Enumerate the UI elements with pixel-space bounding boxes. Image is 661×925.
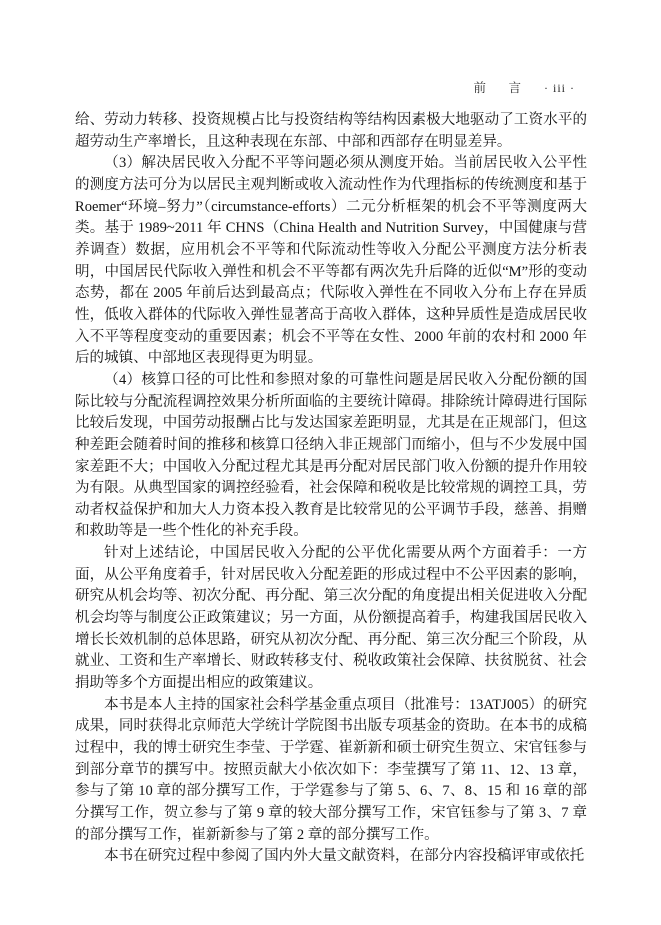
paragraph: （4）核算口径的可比性和参照对象的可靠性问题是居民收入分配份额的国际比较与分配流… [75, 370, 587, 543]
paragraph: 给、劳动力转移、投资规模占比与投资结构等结构因素极大地驱动了工资水平的超劳动生产… [75, 110, 587, 153]
running-header-title: 前 言 [473, 78, 526, 96]
paragraph: 本书是本人主持的国家社会科学基金重点项目（批准号：13ATJ005）的研究成果，… [75, 695, 587, 847]
paragraph: （3）解决居民收入分配不平等问题必须从测度开始。当前居民收入公平性的测度方法可分… [75, 153, 587, 370]
body-text: 给、劳动力转移、投资规模占比与投资结构等结构因素极大地驱动了工资水平的超劳动生产… [75, 110, 587, 868]
page-number: · iii · [544, 81, 575, 96]
paragraph: 针对上述结论，中国居民收入分配的公平优化需要从两个方面着手：一方面，从公平角度着… [75, 543, 587, 695]
document-page: 前 言 · iii · 给、劳动力转移、投资规模占比与投资结构等结构因素极大地驱… [0, 0, 661, 925]
running-header: 前 言 · iii · [75, 78, 587, 96]
paragraph: 本书在研究过程中参阅了国内外大量文献资料，在部分内容投稿评审或依托 [75, 846, 587, 868]
